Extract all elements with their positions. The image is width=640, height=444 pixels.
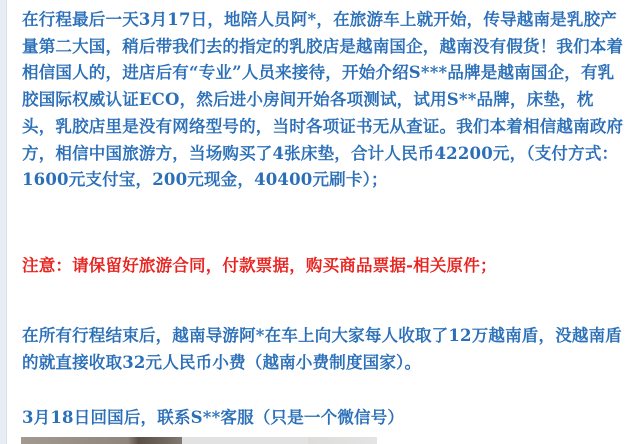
left-border xyxy=(0,0,7,444)
warning-notice: 注意：请保留好旅游合同，付款票据，购买商品票据-相关原件； xyxy=(22,253,626,280)
embedded-image-top-edge-light xyxy=(182,437,308,444)
paragraph-after-return: 3月18日回国后，联系S**客服（只是一个微信号） xyxy=(22,405,626,432)
paragraph-purchase-account: 在行程最后一天3月17日，地陪人员阿*，在旅游车上就开始，传导越南是乳胶产量第二… xyxy=(22,7,626,194)
paragraph-tip-collection: 在所有行程结束后，越南导游阿*在车上向大家每人收取了12万越南盾，没越南盾的就直… xyxy=(22,323,626,376)
